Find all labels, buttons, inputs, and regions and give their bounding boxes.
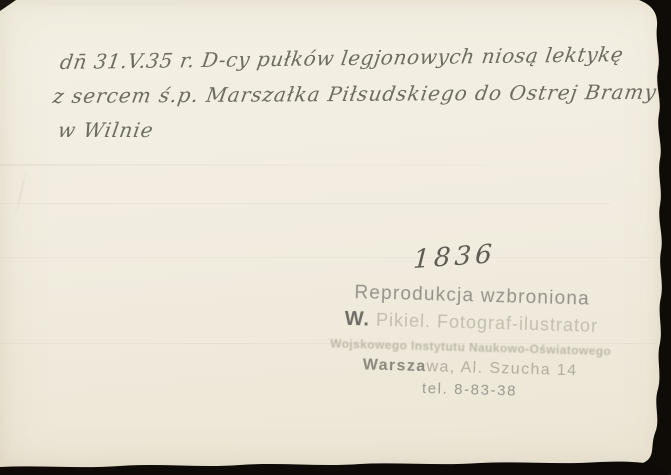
bottom-dark-edge bbox=[0, 462, 671, 475]
scanned-photo-back: dn̄ 31.V.35 r. D-cy pułków legjonowych n… bbox=[0, 0, 671, 475]
top-left-corner-nick bbox=[0, 0, 16, 11]
right-deckle-edge bbox=[639, 0, 671, 475]
photo-edge-overlay bbox=[0, 0, 671, 475]
